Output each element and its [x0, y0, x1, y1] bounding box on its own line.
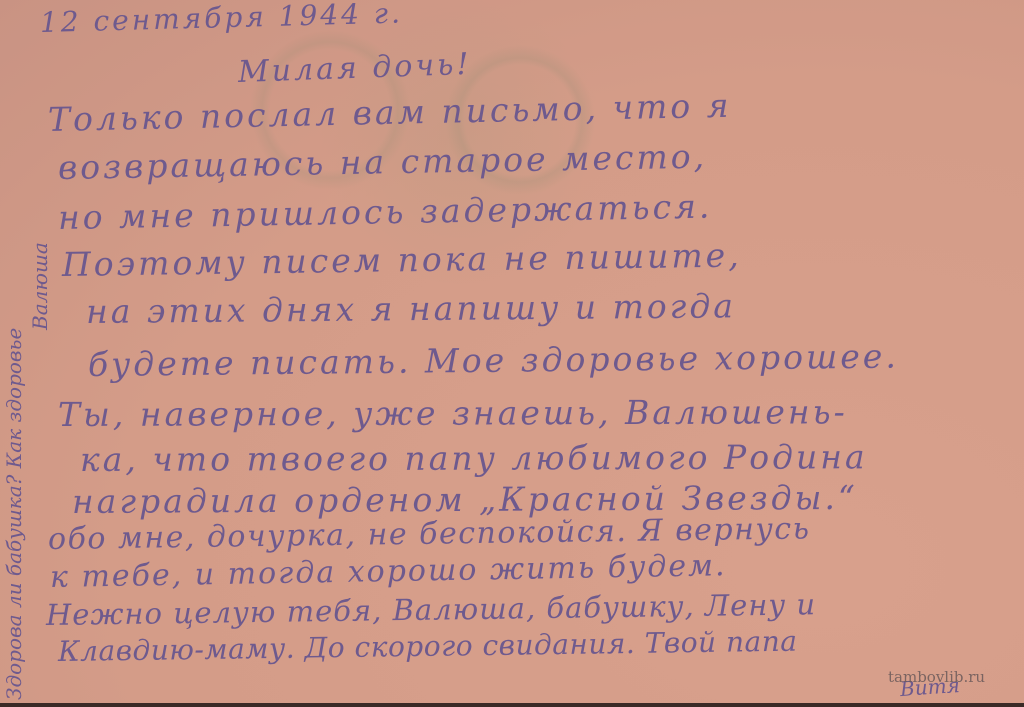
- letter-page: 12 сентября 1944 г. Милая дочь! Только п…: [0, 0, 1024, 707]
- letter-line-3: но мне пришлось задержаться.: [58, 187, 713, 237]
- letter-line-13: Клавдию-маму. До скорого свидания. Твой …: [58, 625, 798, 668]
- watermark: tambovlib.ru: [888, 668, 985, 686]
- letter-line-2: возвращаюсь на старое место,: [58, 137, 708, 187]
- margin-note-2: Валюша: [28, 242, 52, 330]
- letter-date: 12 сентября 1944 г.: [40, 0, 404, 39]
- letter-line-7: Ты, наверное, уже знаешь, Валюшень-: [58, 392, 848, 434]
- letter-line-8: ка, что твоего папу любимого Родина: [80, 437, 868, 479]
- letter-line-5: на этих днях я напишу и тогда: [86, 286, 736, 331]
- letter-greeting: Милая дочь!: [237, 47, 472, 90]
- letter-line-6: будете писать. Мое здоровье хорошее.: [88, 337, 899, 384]
- letter-line-1: Только послал вам письмо, что я: [48, 86, 732, 139]
- letter-line-4: Поэтому писем пока не пишите,: [62, 236, 742, 284]
- margin-note-1: Здорова ли бабушка? Как здоровье: [2, 328, 26, 700]
